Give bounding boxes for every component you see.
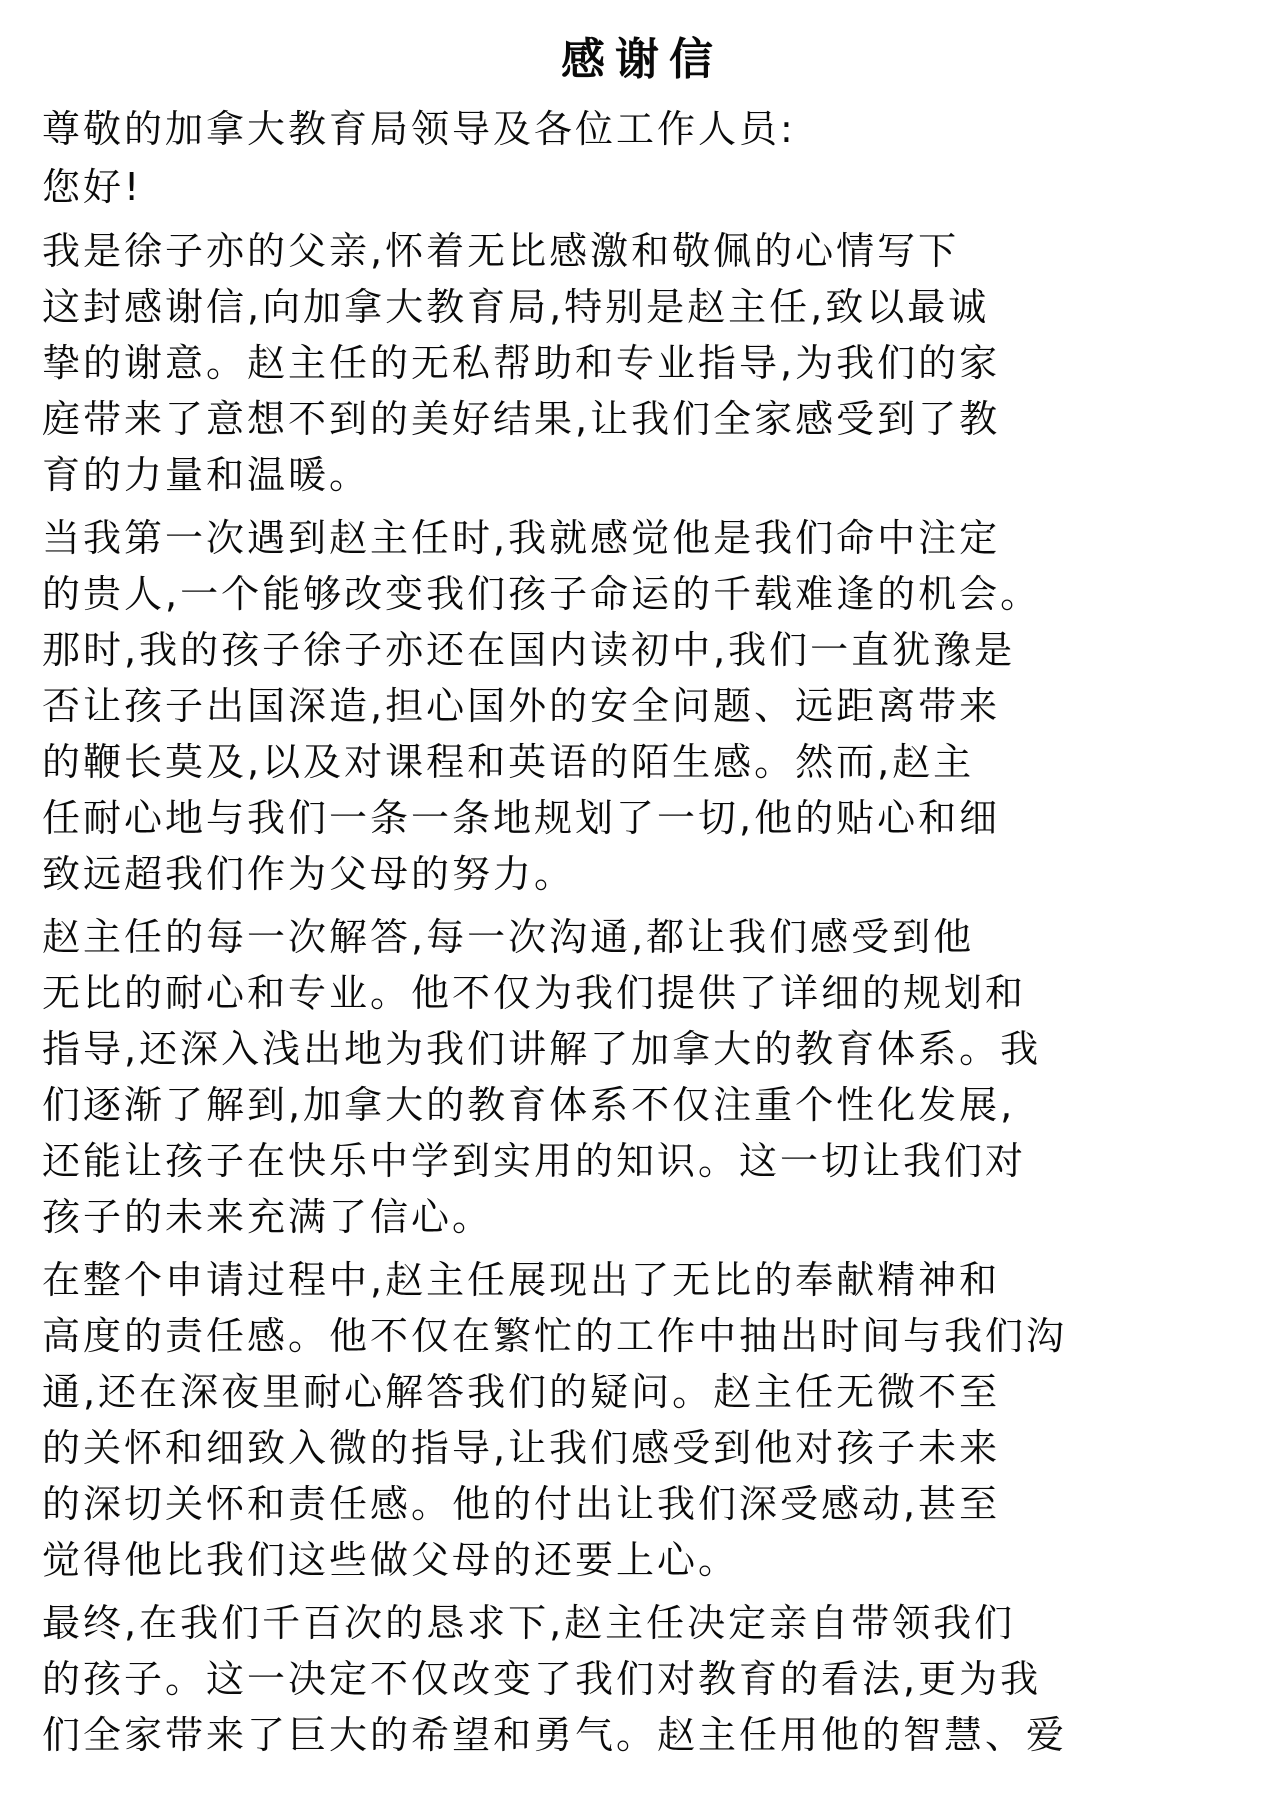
- letter-page: 感谢信 尊敬的加拿大教育局领导及各位工作人员: 您好! 我是徐子亦的父亲,怀着无…: [0, 0, 1280, 1810]
- letter-line: 育的力量和温暖。: [42, 447, 1242, 503]
- letter-line: 致远超我们作为父母的努力。: [42, 846, 1242, 902]
- letter-line: 无比的耐心和专业。他不仅为我们提供了详细的规划和: [42, 965, 1242, 1021]
- letter-line: 任耐心地与我们一条一条地规划了一切,他的贴心和细: [42, 790, 1242, 846]
- letter-body: 我是徐子亦的父亲,怀着无比感激和敬佩的心情写下这封感谢信,向加拿大教育局,特别是…: [42, 223, 1242, 1763]
- letter-line: 的关怀和细致入微的指导,让我们感受到他对孩子未来: [42, 1420, 1242, 1476]
- letter-line: 我是徐子亦的父亲,怀着无比感激和敬佩的心情写下: [42, 223, 1242, 279]
- letter-line: 庭带来了意想不到的美好结果,让我们全家感受到了教: [42, 391, 1242, 447]
- letter-greeting: 您好!: [42, 158, 1242, 216]
- letter-line: 高度的责任感。他不仅在繁忙的工作中抽出时间与我们沟: [42, 1308, 1242, 1364]
- letter-line: 们逐渐了解到,加拿大的教育体系不仅注重个性化发展,: [42, 1077, 1242, 1133]
- letter-line: 指导,还深入浅出地为我们讲解了加拿大的教育体系。我: [42, 1021, 1242, 1077]
- letter-line: 赵主任的每一次解答,每一次沟通,都让我们感受到他: [42, 909, 1242, 965]
- letter-line: 最终,在我们千百次的恳求下,赵主任决定亲自带领我们: [42, 1595, 1242, 1651]
- letter-line: 们全家带来了巨大的希望和勇气。赵主任用他的智慧、爱: [42, 1707, 1242, 1763]
- letter-line: 的鞭长莫及,以及对课程和英语的陌生感。然而,赵主: [42, 734, 1242, 790]
- letter-line: 孩子的未来充满了信心。: [42, 1189, 1242, 1245]
- letter-line: 的孩子。这一决定不仅改变了我们对教育的看法,更为我: [42, 1651, 1242, 1707]
- letter-line: 在整个申请过程中,赵主任展现出了无比的奉献精神和: [42, 1252, 1242, 1308]
- letter-line: 还能让孩子在快乐中学到实用的知识。这一切让我们对: [42, 1133, 1242, 1189]
- letter-line: 觉得他比我们这些做父母的还要上心。: [42, 1532, 1242, 1588]
- letter-title: 感谢信: [42, 34, 1242, 86]
- letter-line: 那时,我的孩子徐子亦还在国内读初中,我们一直犹豫是: [42, 622, 1242, 678]
- letter-line: 否让孩子出国深造,担心国外的安全问题、远距离带来: [42, 678, 1242, 734]
- letter-line: 的深切关怀和责任感。他的付出让我们深受感动,甚至: [42, 1476, 1242, 1532]
- letter-line: 当我第一次遇到赵主任时,我就感觉他是我们命中注定: [42, 510, 1242, 566]
- letter-line: 挚的谢意。赵主任的无私帮助和专业指导,为我们的家: [42, 335, 1242, 391]
- letter-line: 通,还在深夜里耐心解答我们的疑问。赵主任无微不至: [42, 1364, 1242, 1420]
- letter-line: 这封感谢信,向加拿大教育局,特别是赵主任,致以最诚: [42, 279, 1242, 335]
- letter-salutation: 尊敬的加拿大教育局领导及各位工作人员:: [42, 100, 1242, 158]
- letter-line: 的贵人,一个能够改变我们孩子命运的千载难逢的机会。: [42, 566, 1242, 622]
